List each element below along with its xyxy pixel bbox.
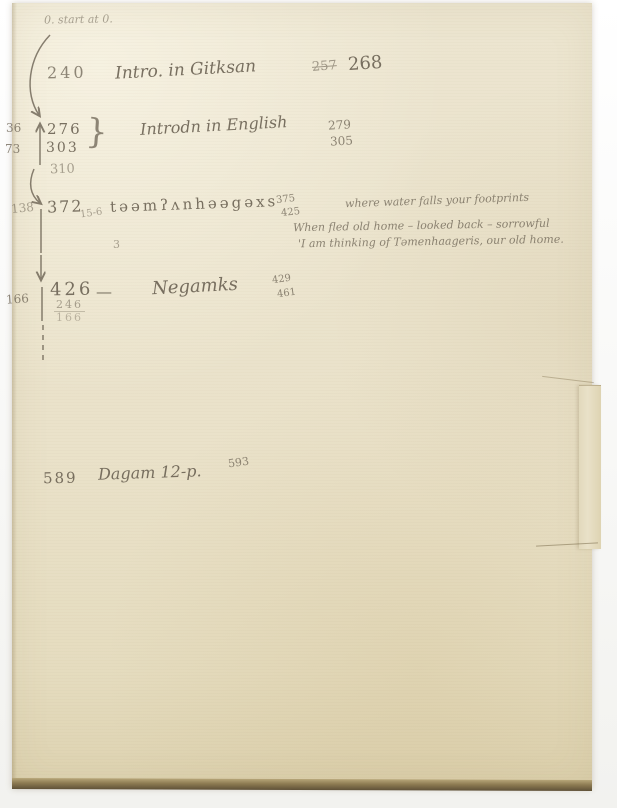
row1-number: 240: [47, 63, 87, 83]
row3-ref-a: 375: [275, 193, 295, 206]
brace: }: [85, 111, 109, 152]
margin-number-36: 36: [6, 121, 21, 135]
start-note: 0. start at 0.: [44, 12, 113, 26]
row2-ref-b: 305: [330, 133, 354, 148]
row2-number-a: 276: [47, 120, 82, 138]
row5-number: 589: [43, 469, 78, 488]
curved-arrow-to-372: [31, 169, 40, 203]
folded-corner: [579, 385, 601, 549]
row1-revised-number: 268: [347, 52, 383, 75]
row2-sub-number: 310: [50, 162, 75, 178]
row3-ref-b: 425: [280, 206, 300, 219]
row1-struck-number: 257: [312, 58, 338, 75]
row5-title: Dagam 12-p.: [98, 461, 202, 484]
row2-ref-a: 279: [328, 117, 352, 132]
row3-number: 372: [47, 196, 84, 216]
row3-small-number: 3: [113, 238, 120, 251]
row2-number-b: 303: [46, 140, 79, 156]
page-bottom-edge: [12, 778, 592, 791]
row4-calc-top: 246: [54, 298, 85, 312]
margin-number-73: 73: [5, 142, 20, 156]
row4-title: Negamks: [152, 274, 239, 299]
row3-margin-number: 138: [10, 200, 34, 216]
row4-calc-bottom: 166: [56, 311, 83, 324]
crease-line: [542, 376, 594, 383]
row4-margin-number: 166: [6, 291, 30, 307]
row4-dash: —: [96, 282, 112, 301]
scanned-document-page: { "document": { "kind": "handwritten man…: [0, 0, 617, 808]
